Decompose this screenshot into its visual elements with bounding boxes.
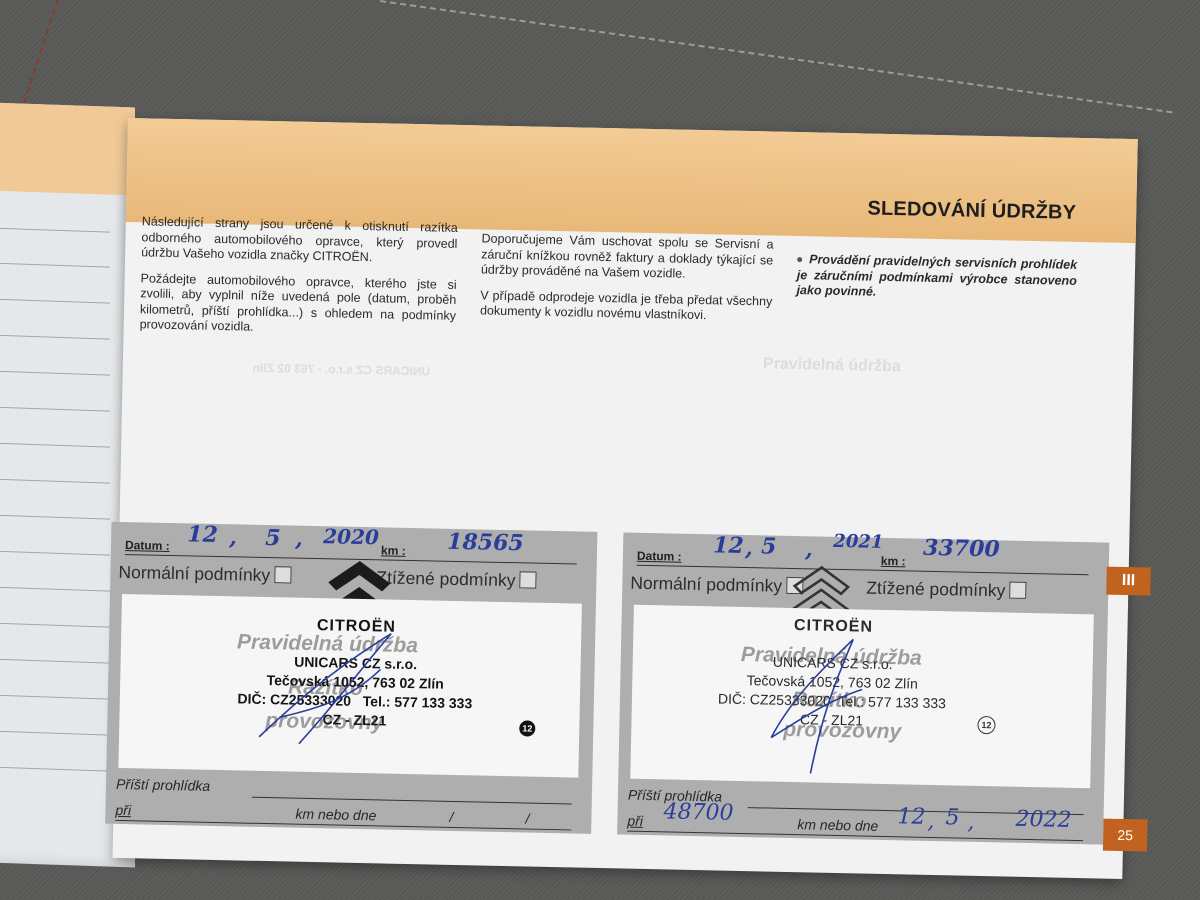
intro-column-2: Doporučujeme Vám uschovat spolu se Servi… [480,231,774,335]
ruled-line [0,766,110,771]
severe-conditions-checkbox[interactable] [519,571,536,588]
ruled-line [0,298,110,303]
stamp-area: Pravidelná údržba Razítko provozovny CIT… [118,594,582,778]
date-year-handwritten: 2020 [323,524,379,549]
severe-conditions-checkbox[interactable] [1009,582,1026,599]
next-km-date-row: při 48700 km nebo dne 12 , 5 , 2022 [627,813,1083,839]
service-record-1: Datum : 12 , 5 , 2020 km : 18565 Normáln… [105,522,597,834]
date-label: Datum : [637,549,682,564]
at-label: při [627,813,643,829]
ruled-line [0,370,110,375]
intro-column-1: Následující strany jsou určené k otisknu… [139,214,458,349]
next-month-handwritten: 5 [945,805,960,830]
bullet-icon [797,257,802,262]
ruled-line [0,442,110,447]
ruled-line [0,227,110,232]
intro-paragraph: V případě odprodeje vozidla je třeba pře… [480,288,773,325]
ruled-line [0,262,110,267]
warranty-note: Provádění pravidelných servisních prohlí… [796,252,1077,298]
ruled-line [0,334,110,339]
normal-conditions-label: Normální podmínky [118,562,270,585]
page-number: 25 [1103,819,1148,852]
at-label: při [115,802,131,818]
signature [249,627,401,750]
seat-stitching [20,0,68,115]
km-handwritten: 18565 [447,529,524,557]
date-day-handwritten: 12 [187,521,218,548]
date-month-handwritten: 5 [265,525,281,551]
next-year-handwritten: 2022 [1015,807,1072,833]
service-booklet-page: SLEDOVÁNÍ ÚDRŽBY Následující strany jsou… [113,118,1138,879]
date-km-row: Datum : 12 , 5 , 2021 km : 33700 [637,543,1089,575]
section-tab: III [1106,567,1151,596]
next-inspection-label: Příští prohlídka [116,776,210,794]
stamp-badge: 12 [519,720,535,736]
service-record-2: Datum : 12 , 5 , 2021 km : 33700 Normáln… [617,532,1109,844]
severe-conditions-label: Ztížené podmínky [866,578,1005,601]
normal-conditions-label: Normální podmínky [630,573,782,596]
next-km-date-row: při km nebo dne / / [115,802,571,828]
signature [750,627,873,779]
ruled-line [0,586,110,591]
next-km-handwritten: 48700 [663,799,734,825]
intro-paragraph: Doporučujeme Vám uschovat spolu se Servi… [481,231,774,284]
date-year-handwritten: 2021 [833,531,884,553]
page-title: SLEDOVÁNÍ ÚDRŽBY [867,198,1076,225]
next-day-handwritten: 12 [897,804,926,830]
bleed-through-text: UNICARS CZ s.r.o. · 763 02 Zlín [253,361,431,379]
ruled-line [0,658,110,663]
ruled-line [0,550,110,555]
intro-paragraph: Následující strany jsou určené k otisknu… [141,214,458,267]
seat-seam [380,0,1173,115]
ruled-line [0,730,110,735]
km-label: km : [881,554,906,569]
date-month-handwritten: 5 [761,533,777,559]
conditions-row: Normální podmínky Ztížené podmínky [630,573,1096,604]
bleed-through-text: Pravidelná údržba [763,355,901,376]
km-handwritten: 33700 [923,535,1000,563]
severe-conditions-label: Ztížené podmínky [376,567,515,590]
normal-conditions-checkbox[interactable] [274,566,291,583]
next-inspection-row: Příští prohlídka [116,776,572,802]
stamp-badge: 12 [977,716,995,734]
ruled-line [0,514,110,519]
date-label: Datum : [125,538,170,553]
km-or-date-label: km nebo dne [797,816,878,834]
date-day-handwritten: 12 [713,532,744,559]
left-page-header-band [0,102,135,195]
intro-paragraph: Požádejte automobilového opravce, kteréh… [140,271,457,340]
ruled-line [0,478,110,483]
intro-column-3: Provádění pravidelných servisních prohlí… [796,252,1077,304]
ruled-line [0,694,110,699]
ruled-line [0,406,110,411]
km-or-date-label: km nebo dne [295,806,376,824]
stamp-area: Pravidelná údržba Razítko provozovny CIT… [630,605,1094,789]
ruled-line [0,622,110,627]
